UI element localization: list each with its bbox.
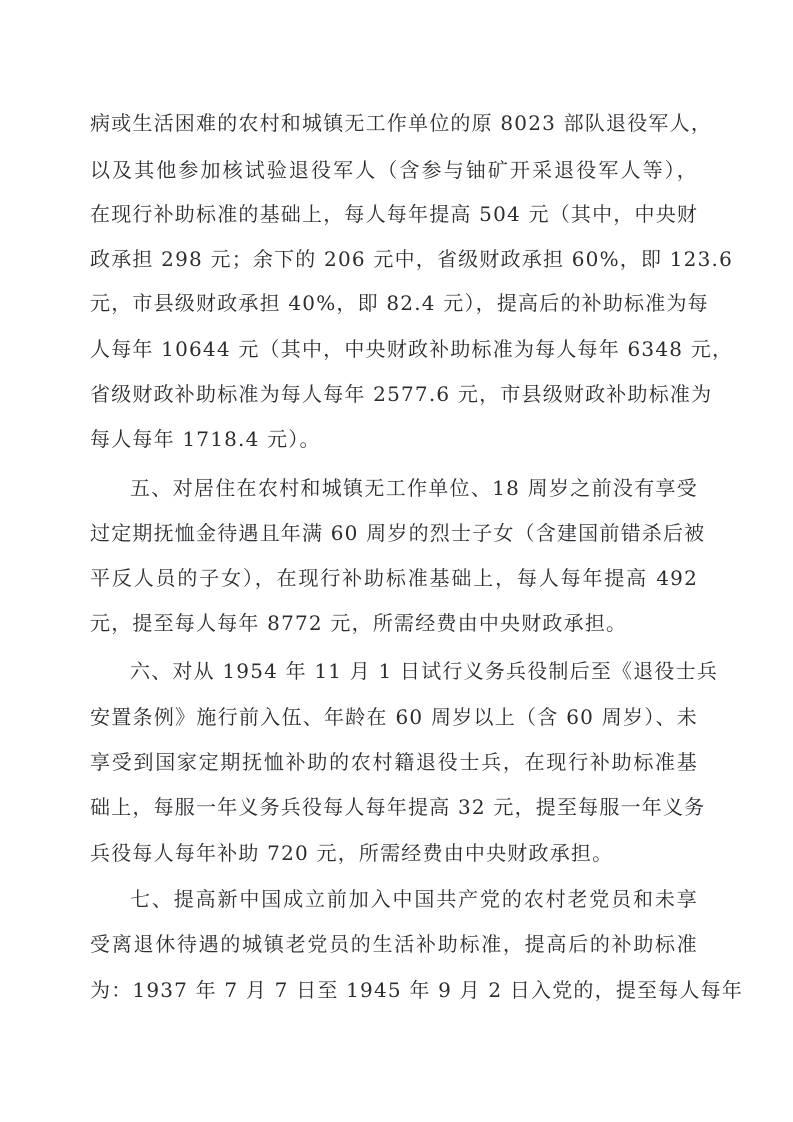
document-page-lower <box>0 0 793 1122</box>
